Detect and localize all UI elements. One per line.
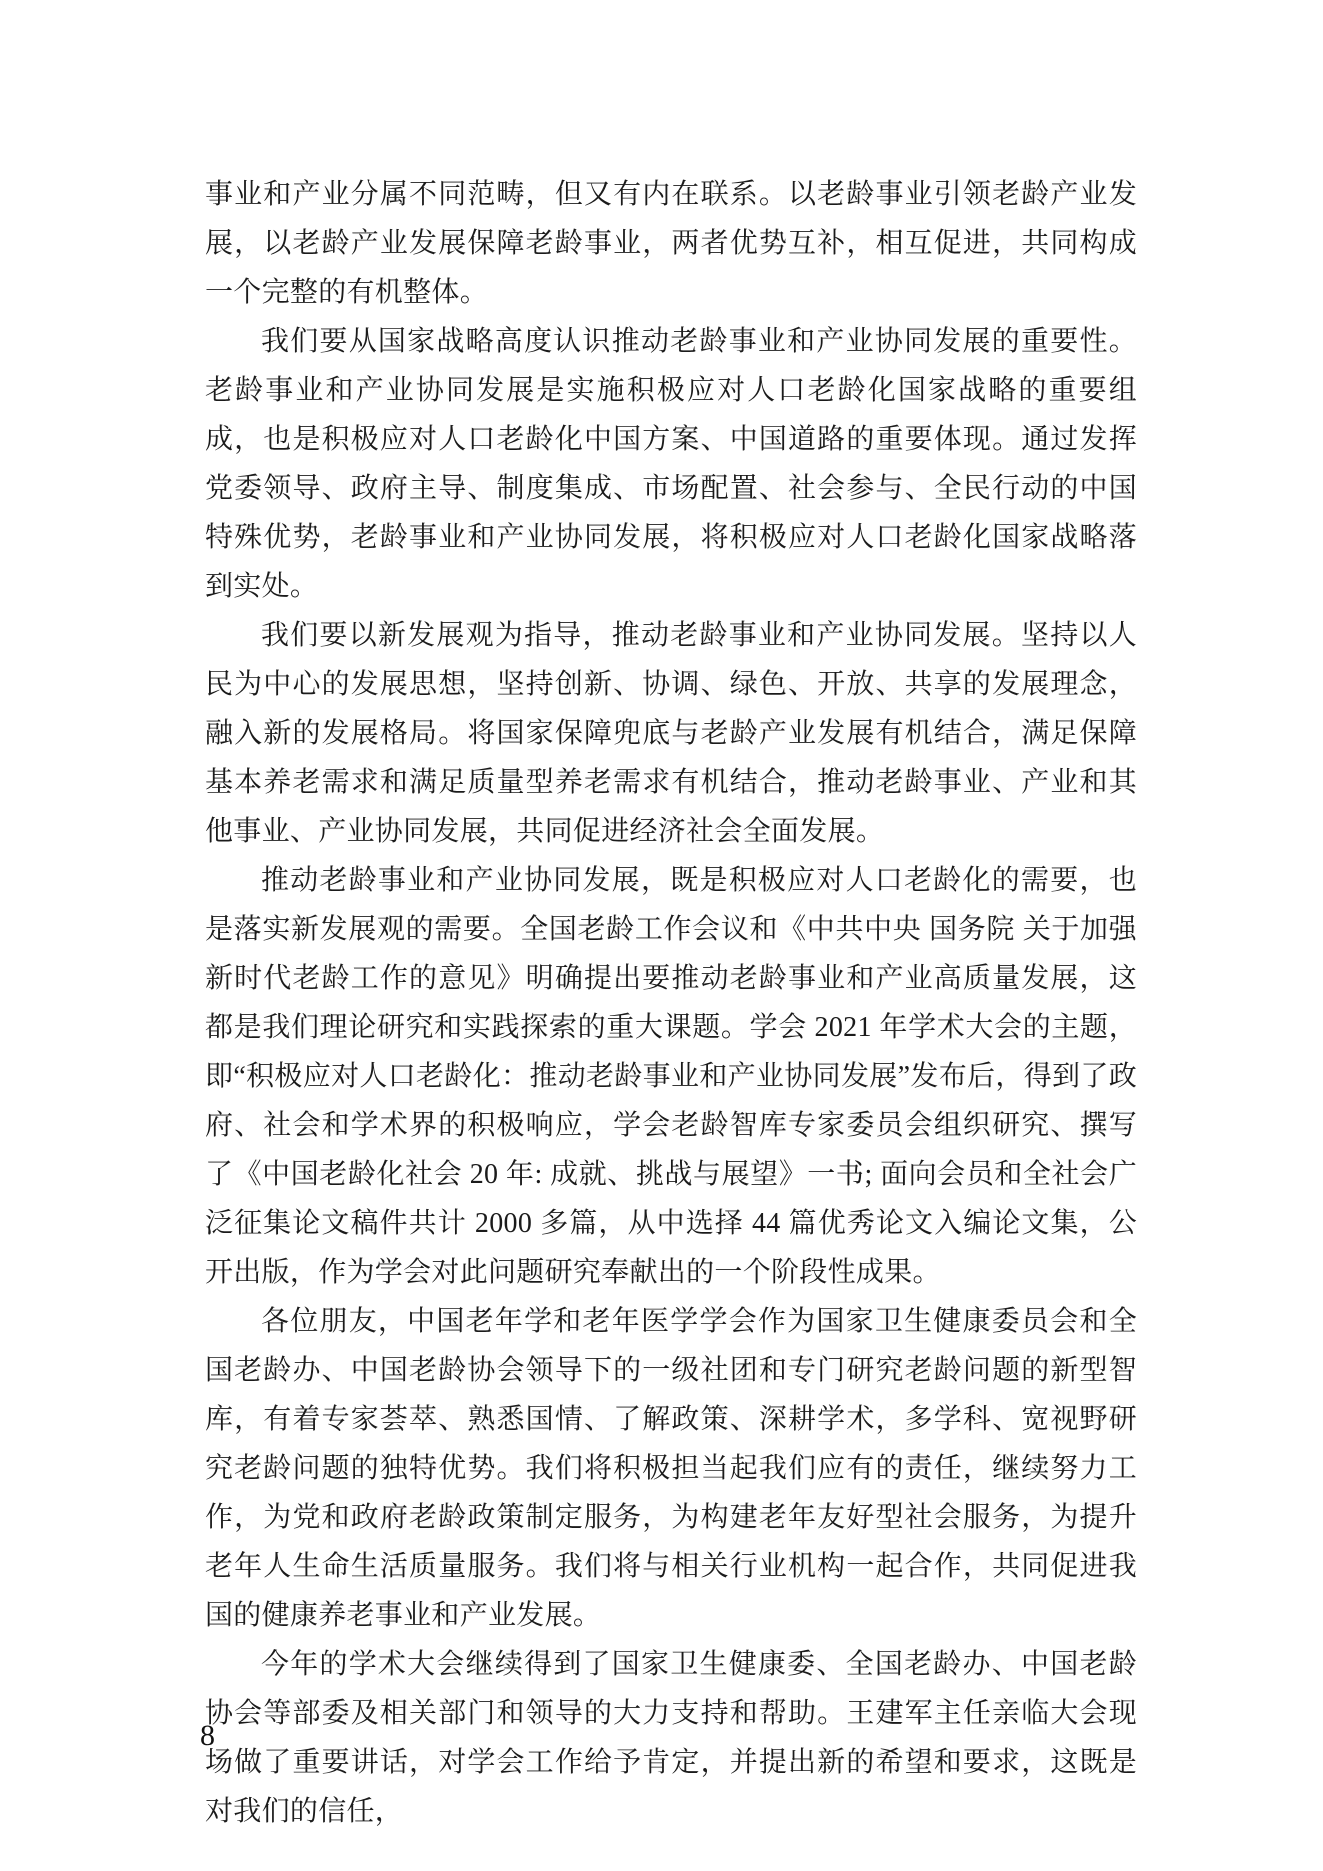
paragraph: 事业和产业分属不同范畴，但又有内在联系。以老龄事业引领老龄产业发展，以老龄产业发…: [205, 170, 1137, 317]
document-page: 事业和产业分属不同范畴，但又有内在联系。以老龄事业引领老龄产业发展，以老龄产业发…: [0, 0, 1323, 1871]
page-body: 事业和产业分属不同范畴，但又有内在联系。以老龄事业引领老龄产业发展，以老龄产业发…: [205, 170, 1137, 1836]
paragraph: 今年的学术大会继续得到了国家卫生健康委、全国老龄办、中国老龄协会等部委及相关部门…: [205, 1640, 1137, 1836]
paragraph: 我们要从国家战略高度认识推动老龄事业和产业协同发展的重要性。老龄事业和产业协同发…: [205, 317, 1137, 611]
paragraph: 各位朋友，中国老年学和老年医学学会作为国家卫生健康委员会和全国老龄办、中国老龄协…: [205, 1297, 1137, 1640]
paragraph: 推动老龄事业和产业协同发展，既是积极应对人口老龄化的需要，也是落实新发展观的需要…: [205, 856, 1137, 1297]
paragraph: 我们要以新发展观为指导，推动老龄事业和产业协同发展。坚持以人民为中心的发展思想，…: [205, 611, 1137, 856]
page-number: 8: [200, 1718, 215, 1754]
